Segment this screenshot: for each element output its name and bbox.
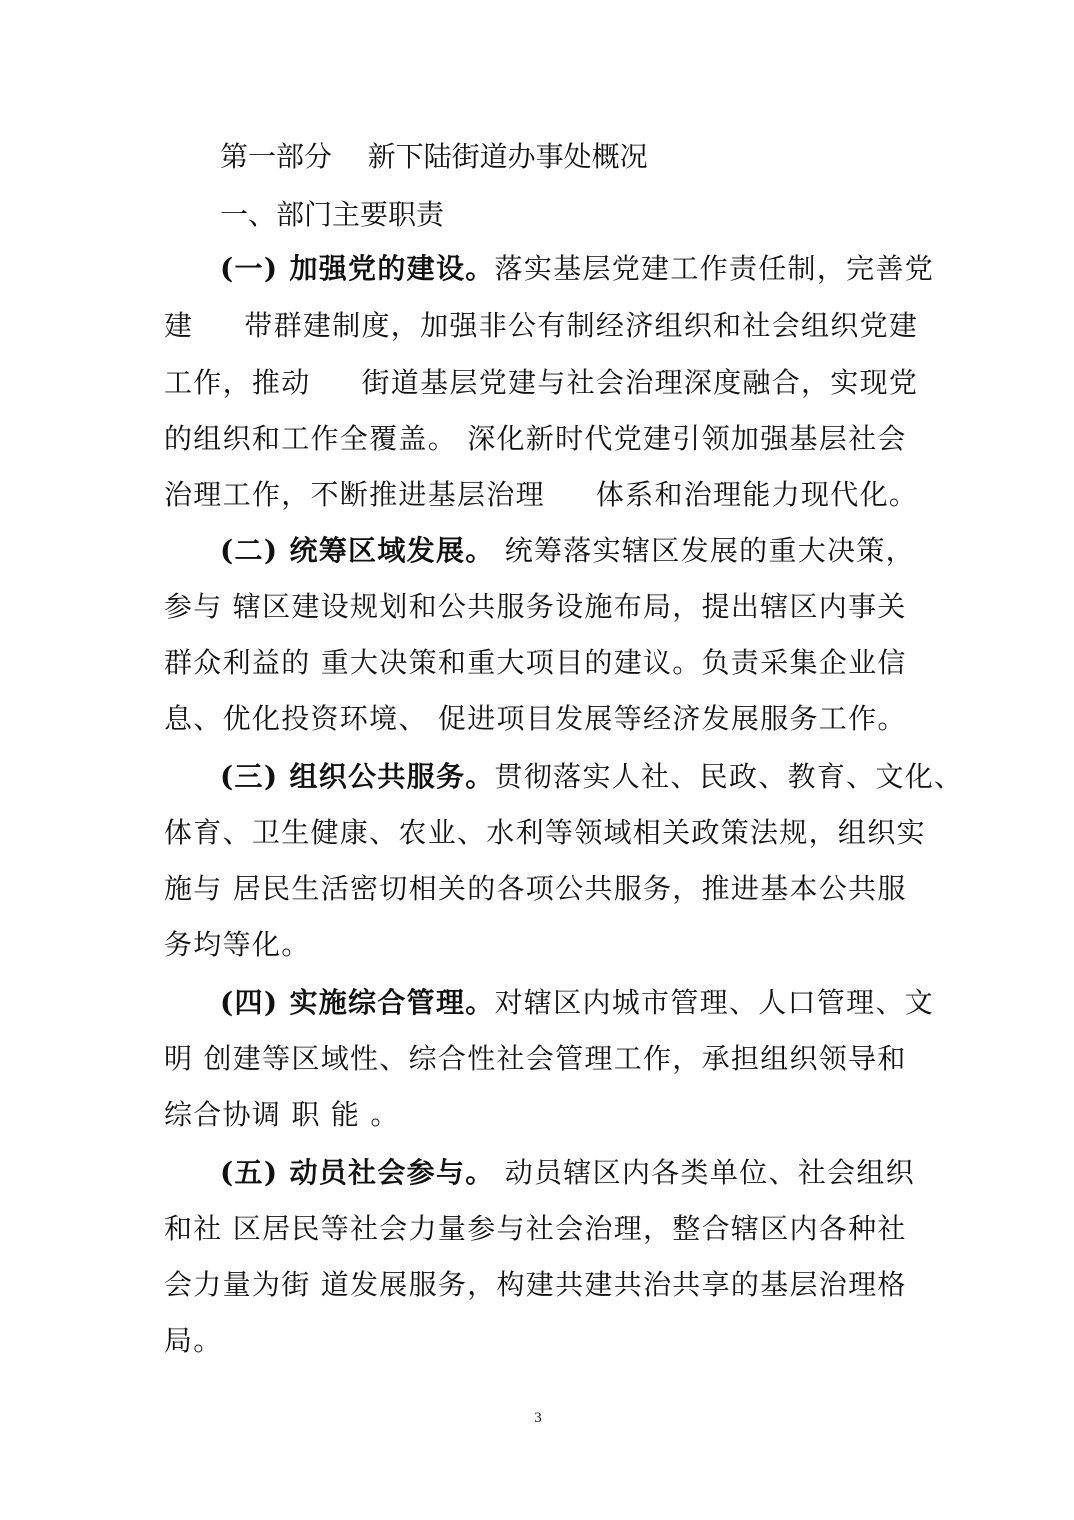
item-3-line: 体育、卫生健康、农业、水利等领域相关政策法规，组织实 [164, 816, 914, 850]
item-1-label: (一) 加强党的建设。 [220, 252, 495, 285]
item-5-first-line: (五) 动员社会参与。 动员辖区内各类单位、社会组织 [220, 1156, 970, 1190]
item-2-text: 统筹落实辖区发展的重大决策， [495, 534, 915, 567]
item-4-line: 明 创建等区域性、综合性社会管理工作，承担组织领导和 [164, 1042, 914, 1076]
document-page: 第一部分 新下陆街道办事处概况 一、部门主要职责 (一) 加强党的建设。落实基层… [0, 0, 1074, 1520]
page-number: 3 [530, 1410, 546, 1427]
item-3-line: 施与 居民生活密切相关的各项公共服务，推进基本公共服 [164, 872, 914, 906]
item-1-text: 落实基层党建工作责任制，完善党 [495, 252, 935, 285]
section-title: 一、部门主要职责 [220, 198, 970, 232]
item-4-label: (四) 实施综合管理。 [220, 986, 495, 1019]
item-2-line: 群众利益的 重大决策和重大项目的建议。负责采集企业信 [164, 646, 914, 680]
part-title: 第一部分 新下陆街道办事处概况 [220, 140, 970, 174]
item-2-line: 参与 辖区建设规划和公共服务设施布局，提出辖区内事关 [164, 590, 914, 624]
item-4-line: 综合协调 职 能 。 [164, 1098, 914, 1132]
item-3-first-line: (三) 组织公共服务。贯彻落实人社、民政、教育、文化、 [220, 760, 970, 794]
item-1-first-line: (一) 加强党的建设。落实基层党建工作责任制，完善党 [220, 252, 970, 286]
item-1-line: 治理工作，不断推进基层治理 体系和治理能力现代化。 [164, 478, 914, 512]
item-4-first-line: (四) 实施综合管理。对辖区内城市管理、人口管理、文 [220, 986, 970, 1020]
item-1-line: 的组织和工作全覆盖。 深化新时代党建引领加强基层社会 [164, 422, 914, 456]
item-1-line: 工作，推动 街道基层党建与社会治理深度融合，实现党 [164, 366, 914, 400]
item-1-line: 建 带群建制度，加强非公有制经济组织和社会组织党建 [164, 309, 914, 343]
item-5-label: (五) 动员社会参与。 [220, 1156, 495, 1189]
item-2-line: 息、优化投资环境、 促进项目发展等经济发展服务工作。 [164, 702, 914, 736]
item-2-first-line: (二) 统筹区域发展。 统筹落实辖区发展的重大决策， [220, 534, 970, 568]
item-5-line: 会力量为街 道发展服务，构建共建共治共享的基层治理格 [164, 1268, 914, 1302]
item-3-line: 务均等化。 [164, 928, 914, 962]
item-3-label: (三) 组织公共服务。 [220, 760, 495, 793]
item-4-text: 对辖区内城市管理、人口管理、文 [495, 986, 935, 1019]
item-5-line: 和社 区居民等社会力量参与社会治理，整合辖区内各种社 [164, 1212, 914, 1246]
item-5-text: 动员辖区内各类单位、社会组织 [495, 1156, 915, 1189]
item-3-text: 贯彻落实人社、民政、教育、文化、 [495, 760, 964, 793]
item-5-line: 局。 [164, 1324, 914, 1358]
item-2-label: (二) 统筹区域发展。 [220, 534, 495, 567]
